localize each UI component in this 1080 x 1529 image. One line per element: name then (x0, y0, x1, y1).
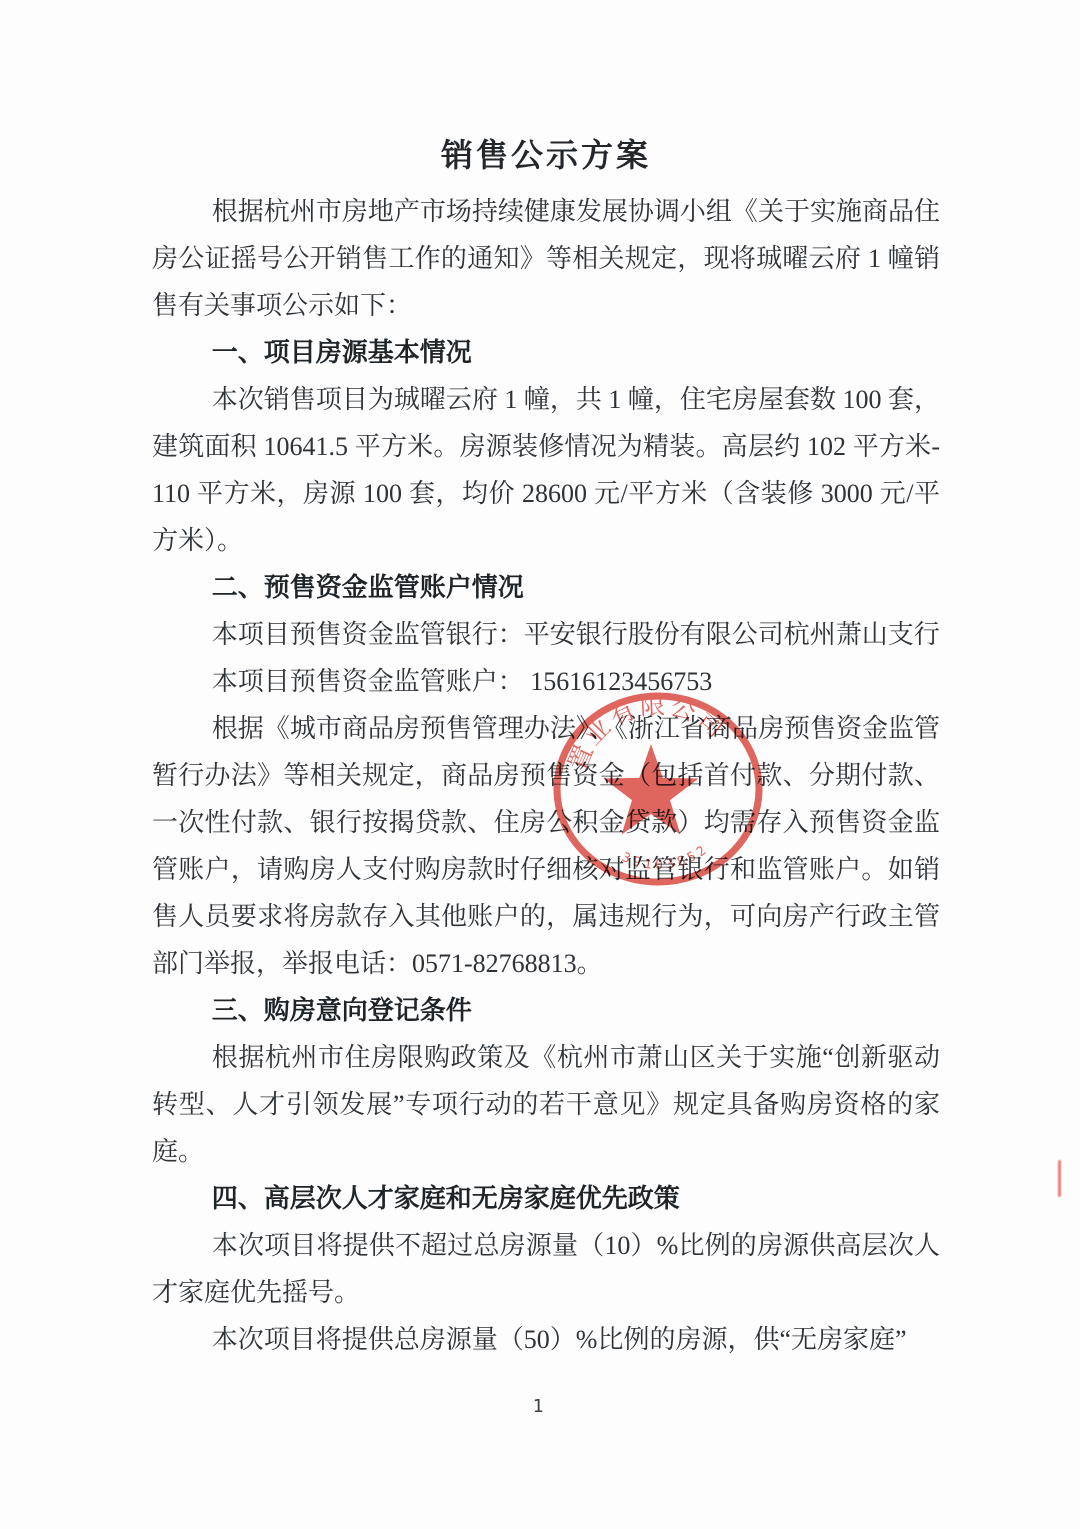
priority-10pct-paragraph: 本次项目将提供不超过总房源量（10）%比例的房源供高层次人才家庭优先摇号。 (152, 1222, 940, 1316)
supervision-rules-paragraph: 根据《城市商品房预售管理办法》、《浙江省商品房预售资金监管暂行办法》等相关规定，… (152, 705, 940, 987)
supervision-bank-line: 本项目预售资金监管银行：平安银行股份有限公司杭州萧山支行 (152, 611, 940, 658)
document-page: 销售公示方案 根据杭州市房地产市场持续健康发展协调小组《关于实施商品住房公证摇号… (0, 0, 1080, 1529)
supervision-account-line: 本项目预售资金监管账户： 15616123456753 (152, 658, 940, 705)
section-3-paragraph: 根据杭州市住房限购政策及《杭州市萧山区关于实施“创新驱动转型、人才引领发展”专项… (152, 1034, 940, 1175)
section-3-heading: 三、购房意向登记条件 (152, 987, 940, 1034)
page-number: 1 (527, 1396, 549, 1417)
document-body: 销售公示方案 根据杭州市房地产市场持续健康发展协调小组《关于实施商品住房公证摇号… (152, 136, 940, 1363)
section-1-heading: 一、项目房源基本情况 (152, 329, 940, 376)
priority-50pct-paragraph: 本次项目将提供总房源量（50）%比例的房源，供“无房家庭” (152, 1316, 940, 1363)
section-2-heading: 二、预售资金监管账户情况 (152, 564, 940, 611)
section-1-paragraph: 本次销售项目为珹曜云府 1 幢，共 1 幢，住宅房屋套数 100 套，建筑面积 … (152, 376, 940, 564)
intro-paragraph: 根据杭州市房地产市场持续健康发展协调小组《关于实施商品住房公证摇号公开销售工作的… (152, 188, 940, 329)
red-scan-artifact (1058, 1160, 1061, 1197)
section-4-heading: 四、高层次人才家庭和无房家庭优先政策 (152, 1175, 940, 1222)
document-title: 销售公示方案 (152, 136, 940, 174)
